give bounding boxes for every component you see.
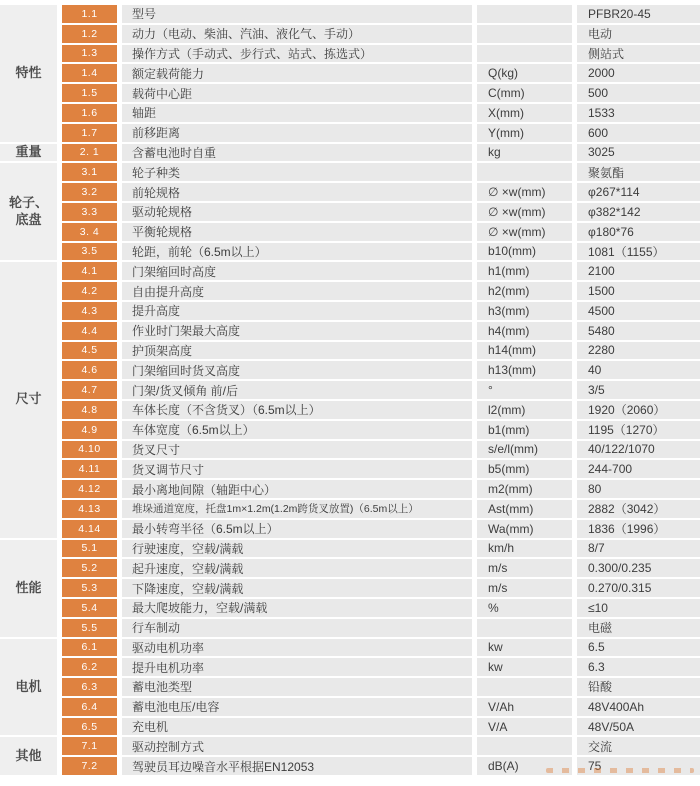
group-rows: 6.1驱动电机功率kw6.56.2提升电机功率kw6.36.3蓄电池类型铅酸6.… xyxy=(62,639,700,736)
row-description: 前轮规格 xyxy=(122,183,472,201)
row-value: 40/122/1070 xyxy=(577,441,700,459)
spec-row: 1.7前移距离Y(mm)600 xyxy=(62,124,700,142)
spec-group: 性能5.1行驶速度，空载/满载km/h8/75.2起升速度，空载/满载m/s0.… xyxy=(0,540,700,637)
row-description: 车体长度（不含货叉）（6.5m以上） xyxy=(122,401,472,419)
row-description: 起升速度，空载/满载 xyxy=(122,559,472,577)
row-unit: ∅ ×w(mm) xyxy=(477,223,572,241)
row-value: 交流 xyxy=(577,737,700,755)
row-description: 动力（电动、柴油、汽油、液化气、手动） xyxy=(122,25,472,43)
row-number-badge: 6.4 xyxy=(62,698,117,716)
row-value: 2280 xyxy=(577,342,700,360)
row-number-badge: 5.2 xyxy=(62,559,117,577)
spec-group: 尺寸4.1门架缩回时高度h1(mm)21004.2自由提升高度h2(mm)150… xyxy=(0,262,700,537)
row-description: 驱动控制方式 xyxy=(122,737,472,755)
row-number-badge: 5.1 xyxy=(62,540,117,558)
row-value: PFBR20-45 xyxy=(577,5,700,23)
row-unit: m2(mm) xyxy=(477,480,572,498)
row-value: 1195（1270） xyxy=(577,421,700,439)
row-unit: m/s xyxy=(477,559,572,577)
row-unit xyxy=(477,678,572,696)
row-description: 驱动电机功率 xyxy=(122,639,472,657)
row-number-badge: 3.2 xyxy=(62,183,117,201)
row-unit xyxy=(477,619,572,637)
row-number-badge: 4.3 xyxy=(62,302,117,320)
spec-row: 4.4作业时门架最大高度h4(mm)5480 xyxy=(62,322,700,340)
spec-row: 4.2自由提升高度h2(mm)1500 xyxy=(62,282,700,300)
watermark-marks xyxy=(546,768,694,773)
row-description: 驾驶员耳边噪音水平根据EN12053 xyxy=(122,757,472,775)
row-description: 含蓄电池时自重 xyxy=(122,144,472,162)
row-description: 前移距离 xyxy=(122,124,472,142)
spec-row: 6.5充电机V/A48V/50A xyxy=(62,718,700,736)
spec-row: 5.5行车制动电磁 xyxy=(62,619,700,637)
spec-row: 4.14最小转弯半径（6.5m以上）Wa(mm)1836（1996） xyxy=(62,520,700,538)
row-description: 车体宽度（6.5m以上） xyxy=(122,421,472,439)
row-description: 蓄电池电压/电容 xyxy=(122,698,472,716)
row-value: 600 xyxy=(577,124,700,142)
row-description: 操作方式（手动式、步行式、站式、拣选式） xyxy=(122,45,472,63)
row-number-badge: 7.2 xyxy=(62,757,117,775)
row-number-badge: 3. 4 xyxy=(62,223,117,241)
category-cell: 重量 xyxy=(0,144,57,162)
row-description: 提升高度 xyxy=(122,302,472,320)
row-number-badge: 4.4 xyxy=(62,322,117,340)
row-unit: Y(mm) xyxy=(477,124,572,142)
spec-row: 3.5轮距，前轮（6.5m以上）b10(mm)1081（1155） xyxy=(62,243,700,261)
row-description: 门架/货叉倾角 前/后 xyxy=(122,381,472,399)
category-cell: 其他 xyxy=(0,737,57,775)
spec-row: 4.12最小离地间隙（轴距中心）m2(mm)80 xyxy=(62,480,700,498)
row-unit: h2(mm) xyxy=(477,282,572,300)
row-value: 0.270/0.315 xyxy=(577,579,700,597)
spec-row: 4.9车体宽度（6.5m以上）b1(mm)1195（1270） xyxy=(62,421,700,439)
spec-row: 1.2动力（电动、柴油、汽油、液化气、手动）电动 xyxy=(62,25,700,43)
row-value: 电动 xyxy=(577,25,700,43)
row-description: 堆垛通道宽度，托盘1m×1.2m(1.2m跨货叉放置)（6.5m以上） xyxy=(122,500,472,518)
row-number-badge: 4.13 xyxy=(62,500,117,518)
row-unit: s/e/l(mm) xyxy=(477,441,572,459)
category-cell: 轮子、 底盘 xyxy=(0,163,57,260)
row-unit: ° xyxy=(477,381,572,399)
row-number-badge: 4.9 xyxy=(62,421,117,439)
spec-row: 3.1轮子种类聚氨酯 xyxy=(62,163,700,181)
row-number-badge: 3.3 xyxy=(62,203,117,221)
spec-row: 3. 4平衡轮规格∅ ×w(mm)φ180*76 xyxy=(62,223,700,241)
row-number-badge: 1.6 xyxy=(62,104,117,122)
row-value: 侧站式 xyxy=(577,45,700,63)
row-number-badge: 4.2 xyxy=(62,282,117,300)
spec-row: 7.1驱动控制方式交流 xyxy=(62,737,700,755)
spec-row: 4.7门架/货叉倾角 前/后°3/5 xyxy=(62,381,700,399)
row-unit: m/s xyxy=(477,579,572,597)
row-description: 行车制动 xyxy=(122,619,472,637)
row-unit: b5(mm) xyxy=(477,460,572,478)
row-number-badge: 4.1 xyxy=(62,262,117,280)
spec-group: 重量2. 1含蓄电池时自重kg3025 xyxy=(0,144,700,162)
row-value: 48V/50A xyxy=(577,718,700,736)
spec-row: 4.1门架缩回时高度h1(mm)2100 xyxy=(62,262,700,280)
row-unit: Q(kg) xyxy=(477,64,572,82)
row-number-badge: 6.1 xyxy=(62,639,117,657)
spec-row: 3.3驱动轮规格∅ ×w(mm)φ382*142 xyxy=(62,203,700,221)
spec-row: 1.5载荷中心距C(mm)500 xyxy=(62,84,700,102)
row-value: φ267*114 xyxy=(577,183,700,201)
spec-row: 2. 1含蓄电池时自重kg3025 xyxy=(62,144,700,162)
row-unit: kw xyxy=(477,658,572,676)
row-unit: Wa(mm) xyxy=(477,520,572,538)
group-rows: 3.1轮子种类聚氨酯3.2前轮规格∅ ×w(mm)φ267*1143.3驱动轮规… xyxy=(62,163,700,260)
row-number-badge: 1.5 xyxy=(62,84,117,102)
row-unit: h13(mm) xyxy=(477,361,572,379)
row-description: 平衡轮规格 xyxy=(122,223,472,241)
row-unit: Ast(mm) xyxy=(477,500,572,518)
row-description: 蓄电池类型 xyxy=(122,678,472,696)
row-description: 门架缩回时高度 xyxy=(122,262,472,280)
row-number-badge: 3.5 xyxy=(62,243,117,261)
row-description: 额定载荷能力 xyxy=(122,64,472,82)
row-description: 轴距 xyxy=(122,104,472,122)
row-value: 1081（1155） xyxy=(577,243,700,261)
row-value: 1920（2060） xyxy=(577,401,700,419)
row-unit: V/Ah xyxy=(477,698,572,716)
row-number-badge: 1.1 xyxy=(62,5,117,23)
row-description: 充电机 xyxy=(122,718,472,736)
spec-row: 5.4最大爬坡能力，空载/满载%≤10 xyxy=(62,599,700,617)
spec-row: 4.5护顶架高度h14(mm)2280 xyxy=(62,342,700,360)
row-number-badge: 1.4 xyxy=(62,64,117,82)
row-number-badge: 4.10 xyxy=(62,441,117,459)
row-value: φ382*142 xyxy=(577,203,700,221)
group-rows: 2. 1含蓄电池时自重kg3025 xyxy=(62,144,700,162)
row-value: 3025 xyxy=(577,144,700,162)
row-description: 作业时门架最大高度 xyxy=(122,322,472,340)
group-rows: 5.1行驶速度，空载/满载km/h8/75.2起升速度，空载/满载m/s0.30… xyxy=(62,540,700,637)
row-unit: kw xyxy=(477,639,572,657)
row-unit xyxy=(477,5,572,23)
row-number-badge: 5.4 xyxy=(62,599,117,617)
row-number-badge: 4.8 xyxy=(62,401,117,419)
row-number-badge: 1.3 xyxy=(62,45,117,63)
row-unit: b10(mm) xyxy=(477,243,572,261)
spec-group: 电机6.1驱动电机功率kw6.56.2提升电机功率kw6.36.3蓄电池类型铅酸… xyxy=(0,639,700,736)
row-number-badge: 4.12 xyxy=(62,480,117,498)
row-value: 2100 xyxy=(577,262,700,280)
group-rows: 1.1型号PFBR20-451.2动力（电动、柴油、汽油、液化气、手动）电动1.… xyxy=(62,5,700,142)
spec-row: 6.4蓄电池电压/电容V/Ah48V400Ah xyxy=(62,698,700,716)
spec-row: 4.13堆垛通道宽度，托盘1m×1.2m(1.2m跨货叉放置)（6.5m以上）A… xyxy=(62,500,700,518)
row-number-badge: 7.1 xyxy=(62,737,117,755)
spec-group: 轮子、 底盘3.1轮子种类聚氨酯3.2前轮规格∅ ×w(mm)φ267*1143… xyxy=(0,163,700,260)
row-unit: h4(mm) xyxy=(477,322,572,340)
spec-row: 5.2起升速度，空载/满载m/s0.300/0.235 xyxy=(62,559,700,577)
row-unit: b1(mm) xyxy=(477,421,572,439)
spec-row: 1.3操作方式（手动式、步行式、站式、拣选式）侧站式 xyxy=(62,45,700,63)
row-description: 轮子种类 xyxy=(122,163,472,181)
spec-row: 6.3蓄电池类型铅酸 xyxy=(62,678,700,696)
row-unit: km/h xyxy=(477,540,572,558)
row-value: 80 xyxy=(577,480,700,498)
row-unit: % xyxy=(477,599,572,617)
row-number-badge: 2. 1 xyxy=(62,144,117,162)
row-number-badge: 5.3 xyxy=(62,579,117,597)
row-unit: h3(mm) xyxy=(477,302,572,320)
row-value: 1533 xyxy=(577,104,700,122)
row-unit xyxy=(477,163,572,181)
row-number-badge: 4.7 xyxy=(62,381,117,399)
row-description: 自由提升高度 xyxy=(122,282,472,300)
row-unit: h14(mm) xyxy=(477,342,572,360)
category-cell: 电机 xyxy=(0,639,57,736)
row-unit: ∅ ×w(mm) xyxy=(477,203,572,221)
row-unit: l2(mm) xyxy=(477,401,572,419)
spec-row: 1.4额定载荷能力Q(kg)2000 xyxy=(62,64,700,82)
row-unit: V/A xyxy=(477,718,572,736)
row-number-badge: 4.5 xyxy=(62,342,117,360)
row-description: 最小转弯半径（6.5m以上） xyxy=(122,520,472,538)
spec-row: 3.2前轮规格∅ ×w(mm)φ267*114 xyxy=(62,183,700,201)
row-description: 型号 xyxy=(122,5,472,23)
row-unit xyxy=(477,45,572,63)
row-value: 48V400Ah xyxy=(577,698,700,716)
spec-row: 5.1行驶速度，空载/满载km/h8/7 xyxy=(62,540,700,558)
row-value: 8/7 xyxy=(577,540,700,558)
spec-row: 4.11货叉调节尺寸b5(mm)244-700 xyxy=(62,460,700,478)
row-value: 500 xyxy=(577,84,700,102)
row-number-badge: 3.1 xyxy=(62,163,117,181)
spec-row: 4.8车体长度（不含货叉）（6.5m以上）l2(mm)1920（2060） xyxy=(62,401,700,419)
spec-row: 6.2提升电机功率kw6.3 xyxy=(62,658,700,676)
row-number-badge: 4.6 xyxy=(62,361,117,379)
row-number-badge: 4.11 xyxy=(62,460,117,478)
spec-row: 6.1驱动电机功率kw6.5 xyxy=(62,639,700,657)
spec-row: 4.10货叉尺寸s/e/l(mm)40/122/1070 xyxy=(62,441,700,459)
category-cell: 性能 xyxy=(0,540,57,637)
row-description: 护顶架高度 xyxy=(122,342,472,360)
row-unit: ∅ ×w(mm) xyxy=(477,183,572,201)
row-value: 4500 xyxy=(577,302,700,320)
row-value: 40 xyxy=(577,361,700,379)
row-unit: kg xyxy=(477,144,572,162)
row-description: 下降速度，空载/满载 xyxy=(122,579,472,597)
row-value: ≤10 xyxy=(577,599,700,617)
spec-row: 4.3提升高度h3(mm)4500 xyxy=(62,302,700,320)
row-description: 行驶速度，空载/满载 xyxy=(122,540,472,558)
row-number-badge: 1.7 xyxy=(62,124,117,142)
row-value: 1500 xyxy=(577,282,700,300)
spec-group: 特性1.1型号PFBR20-451.2动力（电动、柴油、汽油、液化气、手动）电动… xyxy=(0,5,700,142)
row-value: 1836（1996） xyxy=(577,520,700,538)
spec-row: 1.6轴距X(mm)1533 xyxy=(62,104,700,122)
row-description: 最小离地间隙（轴距中心） xyxy=(122,480,472,498)
category-cell: 特性 xyxy=(0,5,57,142)
row-unit xyxy=(477,25,572,43)
row-description: 驱动轮规格 xyxy=(122,203,472,221)
spec-sheet-page: { "colors": { "badge_bg": "#df8240", "ba… xyxy=(0,0,700,786)
row-number-badge: 6.2 xyxy=(62,658,117,676)
row-value: 244-700 xyxy=(577,460,700,478)
row-description: 货叉调节尺寸 xyxy=(122,460,472,478)
row-value: 2882（3042） xyxy=(577,500,700,518)
row-description: 最大爬坡能力，空载/满载 xyxy=(122,599,472,617)
row-value: 电磁 xyxy=(577,619,700,637)
row-number-badge: 6.3 xyxy=(62,678,117,696)
group-rows: 4.1门架缩回时高度h1(mm)21004.2自由提升高度h2(mm)15004… xyxy=(62,262,700,537)
spec-row: 5.3下降速度，空载/满载m/s0.270/0.315 xyxy=(62,579,700,597)
row-number-badge: 4.14 xyxy=(62,520,117,538)
row-number-badge: 6.5 xyxy=(62,718,117,736)
spec-table: 特性1.1型号PFBR20-451.2动力（电动、柴油、汽油、液化气、手动）电动… xyxy=(0,0,700,775)
row-value: 2000 xyxy=(577,64,700,82)
row-number-badge: 1.2 xyxy=(62,25,117,43)
row-number-badge: 5.5 xyxy=(62,619,117,637)
row-value: 铅酸 xyxy=(577,678,700,696)
spec-row: 1.1型号PFBR20-45 xyxy=(62,5,700,23)
row-value: 聚氨酯 xyxy=(577,163,700,181)
row-unit xyxy=(477,737,572,755)
row-value: 3/5 xyxy=(577,381,700,399)
row-value: 0.300/0.235 xyxy=(577,559,700,577)
row-description: 轮距，前轮（6.5m以上） xyxy=(122,243,472,261)
row-value: 5480 xyxy=(577,322,700,340)
spec-row: 4.6门架缩回时货叉高度h13(mm)40 xyxy=(62,361,700,379)
row-description: 货叉尺寸 xyxy=(122,441,472,459)
category-cell: 尺寸 xyxy=(0,262,57,537)
row-unit: X(mm) xyxy=(477,104,572,122)
row-value: φ180*76 xyxy=(577,223,700,241)
row-description: 载荷中心距 xyxy=(122,84,472,102)
row-unit: h1(mm) xyxy=(477,262,572,280)
row-description: 提升电机功率 xyxy=(122,658,472,676)
row-value: 6.5 xyxy=(577,639,700,657)
row-unit: C(mm) xyxy=(477,84,572,102)
row-description: 门架缩回时货叉高度 xyxy=(122,361,472,379)
row-value: 6.3 xyxy=(577,658,700,676)
